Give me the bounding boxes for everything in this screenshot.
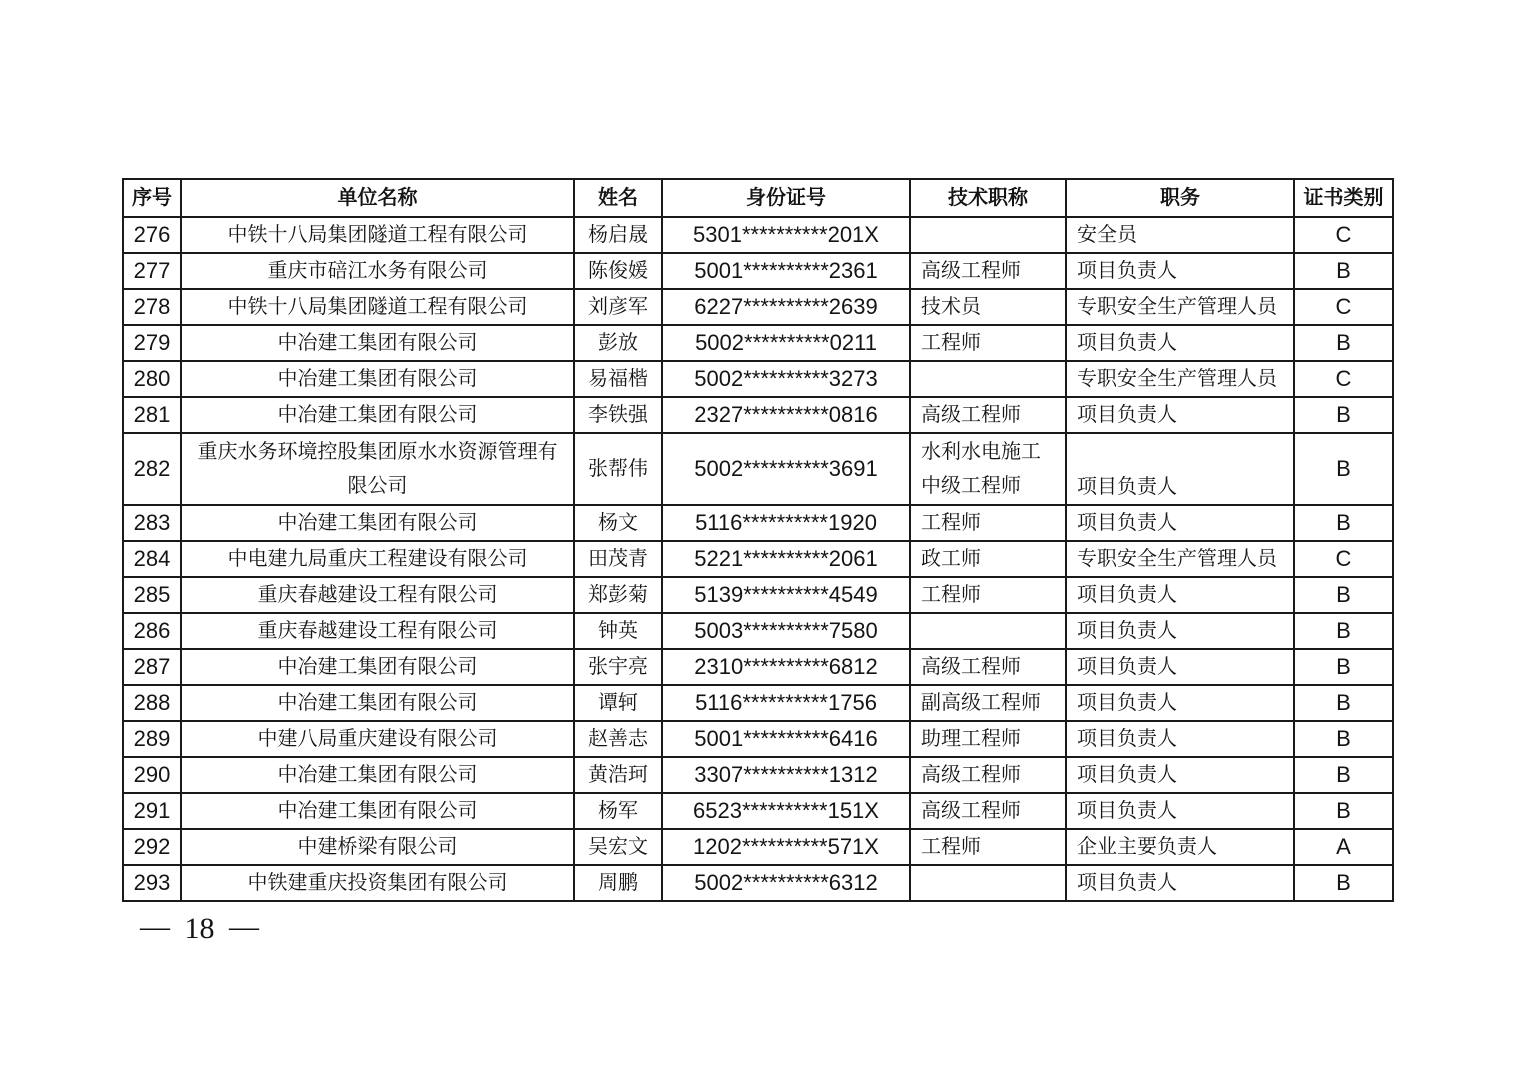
cert-cell: B [1294,325,1393,361]
page-number: 18 [185,912,215,945]
header-cell-title: 技术职称 [910,179,1066,217]
serial-cell: 286 [123,613,181,649]
id-cell: 6523**********151X [662,793,910,829]
name-cell: 吴宏文 [574,829,662,865]
table-header: 序号 单位名称 姓名 身份证号 技术职称 职务 证书类别 [123,179,1393,217]
company-cell: 中冶建工集团有限公司 [181,505,574,541]
position-cell: 企业主要负责人 [1066,829,1294,865]
table-row: 288中冶建工集团有限公司谭轲5116**********1756副高级工程师项… [123,685,1393,721]
table-row: 293中铁建重庆投资集团有限公司周鹏5002**********6312项目负责… [123,865,1393,901]
id-cell: 2310**********6812 [662,649,910,685]
name-cell: 刘彦军 [574,289,662,325]
title-cell: 工程师 [910,577,1066,613]
position-cell: 项目负责人 [1066,397,1294,433]
company-cell: 中铁十八局集团隧道工程有限公司 [181,289,574,325]
company-cell: 中冶建工集团有限公司 [181,793,574,829]
cert-cell: B [1294,793,1393,829]
id-cell: 1202**********571X [662,829,910,865]
serial-cell: 280 [123,361,181,397]
serial-cell: 292 [123,829,181,865]
position-cell: 项目负责人 [1066,757,1294,793]
table-row: 277重庆市碚江水务有限公司陈俊媛5001**********2361高级工程师… [123,253,1393,289]
serial-cell: 282 [123,433,181,505]
serial-cell: 291 [123,793,181,829]
id-cell: 5003**********7580 [662,613,910,649]
title-cell: 助理工程师 [910,721,1066,757]
table-row: 291中冶建工集团有限公司杨军6523**********151X高级工程师项目… [123,793,1393,829]
title-cell [910,613,1066,649]
cert-cell: C [1294,217,1393,253]
title-cell: 高级工程师 [910,253,1066,289]
company-cell: 重庆春越建设工程有限公司 [181,577,574,613]
table-row: 285重庆春越建设工程有限公司郑彭菊5139**********4549工程师项… [123,577,1393,613]
table-row: 280中冶建工集团有限公司易福楷5002**********3273专职安全生产… [123,361,1393,397]
header-cell-cert: 证书类别 [1294,179,1393,217]
header-cell-id: 身份证号 [662,179,910,217]
title-cell: 高级工程师 [910,649,1066,685]
title-cell [910,865,1066,901]
name-cell: 陈俊媛 [574,253,662,289]
company-cell: 中电建九局重庆工程建设有限公司 [181,541,574,577]
title-cell: 工程师 [910,505,1066,541]
company-cell: 重庆春越建设工程有限公司 [181,613,574,649]
cert-cell: B [1294,505,1393,541]
position-cell: 专职安全生产管理人员 [1066,361,1294,397]
id-cell: 5002**********0211 [662,325,910,361]
company-cell: 重庆水务环境控股集团原水水资源管理有 限公司 [181,433,574,505]
header-cell-company: 单位名称 [181,179,574,217]
name-cell: 田茂青 [574,541,662,577]
name-cell: 张帮伟 [574,433,662,505]
name-cell: 赵善志 [574,721,662,757]
company-cell: 中冶建工集团有限公司 [181,649,574,685]
company-cell: 中建八局重庆建设有限公司 [181,721,574,757]
title-cell: 工程师 [910,829,1066,865]
position-cell: 项目负责人 [1066,253,1294,289]
company-cell: 中冶建工集团有限公司 [181,397,574,433]
title-cell [910,217,1066,253]
cert-cell: B [1294,577,1393,613]
id-cell: 5301**********201X [662,217,910,253]
serial-cell: 276 [123,217,181,253]
company-cell: 中铁十八局集团隧道工程有限公司 [181,217,574,253]
position-cell: 项目负责人 [1066,613,1294,649]
serial-cell: 284 [123,541,181,577]
footer-dash-left: — [140,910,170,944]
title-cell: 高级工程师 [910,793,1066,829]
position-cell: 项目负责人 [1066,649,1294,685]
cert-cell: B [1294,433,1393,505]
company-cell: 重庆市碚江水务有限公司 [181,253,574,289]
name-cell: 彭放 [574,325,662,361]
id-cell: 5116**********1756 [662,685,910,721]
company-cell: 中冶建工集团有限公司 [181,361,574,397]
cert-cell: B [1294,721,1393,757]
header-cell-position: 职务 [1066,179,1294,217]
title-cell: 高级工程师 [910,397,1066,433]
name-cell: 张宇亮 [574,649,662,685]
id-cell: 5002**********6312 [662,865,910,901]
serial-cell: 293 [123,865,181,901]
name-cell: 杨文 [574,505,662,541]
table-row: 292中建桥梁有限公司吴宏文1202**********571X工程师企业主要负… [123,829,1393,865]
title-cell: 副高级工程师 [910,685,1066,721]
name-cell: 黄浩珂 [574,757,662,793]
table-row: 289中建八局重庆建设有限公司赵善志5001**********6416助理工程… [123,721,1393,757]
cert-cell: B [1294,865,1393,901]
table-row: 281中冶建工集团有限公司李铁强2327**********0816高级工程师项… [123,397,1393,433]
id-cell: 5002**********3691 [662,433,910,505]
id-cell: 5001**********6416 [662,721,910,757]
title-cell: 政工师 [910,541,1066,577]
table-row: 284中电建九局重庆工程建设有限公司田茂青5221**********2061政… [123,541,1393,577]
name-cell: 杨军 [574,793,662,829]
table-row: 286重庆春越建设工程有限公司钟英5003**********7580项目负责人… [123,613,1393,649]
serial-cell: 287 [123,649,181,685]
header-cell-name: 姓名 [574,179,662,217]
position-cell: 项目负责人 [1066,433,1294,505]
id-cell: 5221**********2061 [662,541,910,577]
company-cell: 中冶建工集团有限公司 [181,685,574,721]
position-cell: 项目负责人 [1066,721,1294,757]
position-cell: 项目负责人 [1066,865,1294,901]
company-cell: 中冶建工集团有限公司 [181,325,574,361]
cert-cell: B [1294,397,1393,433]
cert-cell: C [1294,361,1393,397]
id-cell: 5001**********2361 [662,253,910,289]
company-cell: 中冶建工集团有限公司 [181,757,574,793]
roster-table: 序号 单位名称 姓名 身份证号 技术职称 职务 证书类别 276中铁十八局集团隧… [122,178,1394,902]
company-cell: 中建桥梁有限公司 [181,829,574,865]
name-cell: 谭轲 [574,685,662,721]
id-cell: 2327**********0816 [662,397,910,433]
serial-cell: 277 [123,253,181,289]
title-cell: 技术员 [910,289,1066,325]
cert-cell: B [1294,613,1393,649]
page-footer: — 18 — [133,912,266,946]
position-cell: 专职安全生产管理人员 [1066,541,1294,577]
table-row: 283中冶建工集团有限公司杨文5116**********1920工程师项目负责… [123,505,1393,541]
name-cell: 钟英 [574,613,662,649]
cert-cell: A [1294,829,1393,865]
table-row: 276中铁十八局集团隧道工程有限公司杨启晟5301**********201X安… [123,217,1393,253]
id-cell: 5116**********1920 [662,505,910,541]
cert-cell: B [1294,685,1393,721]
header-cell-serial: 序号 [123,179,181,217]
serial-cell: 283 [123,505,181,541]
title-cell [910,361,1066,397]
position-cell: 项目负责人 [1066,793,1294,829]
table-row: 282重庆水务环境控股集团原水水资源管理有 限公司张帮伟5002********… [123,433,1393,505]
name-cell: 李铁强 [574,397,662,433]
header-row: 序号 单位名称 姓名 身份证号 技术职称 职务 证书类别 [123,179,1393,217]
cert-cell: B [1294,253,1393,289]
serial-cell: 279 [123,325,181,361]
position-cell: 专职安全生产管理人员 [1066,289,1294,325]
position-cell: 项目负责人 [1066,505,1294,541]
cert-cell: C [1294,289,1393,325]
position-cell: 项目负责人 [1066,577,1294,613]
footer-dash-right: — [229,910,259,944]
name-cell: 郑彭菊 [574,577,662,613]
cert-cell: C [1294,541,1393,577]
table-row: 279中冶建工集团有限公司彭放5002**********0211工程师项目负责… [123,325,1393,361]
title-cell: 水利水电施工 中级工程师 [910,433,1066,505]
serial-cell: 281 [123,397,181,433]
serial-cell: 278 [123,289,181,325]
id-cell: 6227**********2639 [662,289,910,325]
company-cell: 中铁建重庆投资集团有限公司 [181,865,574,901]
position-cell: 项目负责人 [1066,685,1294,721]
name-cell: 易福楷 [574,361,662,397]
id-cell: 3307**********1312 [662,757,910,793]
table-row: 290中冶建工集团有限公司黄浩珂3307**********1312高级工程师项… [123,757,1393,793]
id-cell: 5002**********3273 [662,361,910,397]
table-row: 287中冶建工集团有限公司张宇亮2310**********6812高级工程师项… [123,649,1393,685]
table-body: 276中铁十八局集团隧道工程有限公司杨启晟5301**********201X安… [123,217,1393,901]
serial-cell: 288 [123,685,181,721]
serial-cell: 285 [123,577,181,613]
title-cell: 高级工程师 [910,757,1066,793]
position-cell: 安全员 [1066,217,1294,253]
serial-cell: 289 [123,721,181,757]
serial-cell: 290 [123,757,181,793]
title-cell: 工程师 [910,325,1066,361]
cert-cell: B [1294,649,1393,685]
cert-cell: B [1294,757,1393,793]
position-cell: 项目负责人 [1066,325,1294,361]
id-cell: 5139**********4549 [662,577,910,613]
name-cell: 周鹏 [574,865,662,901]
name-cell: 杨启晟 [574,217,662,253]
document-page: 序号 单位名称 姓名 身份证号 技术职称 职务 证书类别 276中铁十八局集团隧… [0,0,1520,1074]
table-row: 278中铁十八局集团隧道工程有限公司刘彦军6227**********2639技… [123,289,1393,325]
